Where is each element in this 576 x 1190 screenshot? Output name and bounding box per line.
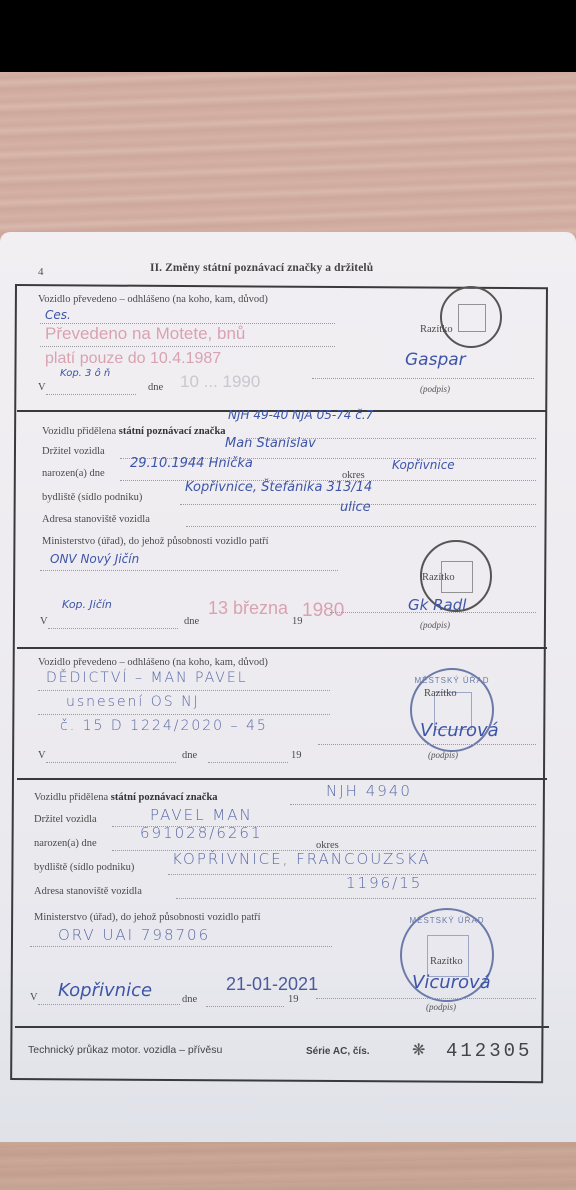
dotted-line [46,394,136,395]
handwritten-plate: NJH 4940 [326,782,412,800]
year-label: 19 [291,750,302,761]
dotted-line [48,628,178,629]
wood-surface-top [0,72,576,250]
dotted-line [208,762,288,763]
technical-card-label: Technický průkaz motor. vozidla – přívěs… [28,1044,222,1056]
year-label: 19 [288,994,299,1005]
handwritten-born: 29.10.1944 Hnička [130,456,253,471]
snowflake-icon: ❋ [412,1040,425,1060]
born-label: narozen(a) dne [34,838,97,849]
day-label: dne [148,382,163,393]
day-label: dne [182,994,197,1005]
handwritten-born: 691028/6261 [140,824,263,842]
born-label: narozen(a) dne [42,468,105,479]
handwritten-holder: PAVEL MAN [150,806,253,824]
handwritten-holder: Man Stanislav [225,436,316,451]
transfer-label: Vozidlo převedeno – odhlášeno (na koho, … [38,294,268,305]
transfer-label: Vozidlo převedeno – odhlášeno (na koho, … [38,657,268,668]
top-black-bar [0,0,576,72]
handwritten-residence: KOPŘIVNICE, FRANCOUZSKÁ [172,850,431,868]
serial-number: 412305 [446,1040,532,1062]
location-label: Adresa stanoviště vozidla [34,886,142,897]
red-stamp-text: platí pouze do 10.4.1987 [45,350,221,368]
dotted-line [40,570,338,571]
handwritten-plate: NJH 49-40 NJA 05-74 č.7 [228,408,373,422]
handwritten-place: Kop. Jičín [62,598,112,611]
in-label: V [38,382,46,393]
signature: Vicurová [420,720,499,741]
holder-label: Držitel vozidla [34,814,97,825]
signature: Gaspar [405,350,466,370]
handwritten-place: Kop. 3 ô ň [60,368,110,379]
stamp-label: Razítko [422,572,455,583]
handwritten-ministry: ONV Nový Jičín [50,552,139,566]
dotted-line [290,804,536,805]
plate-label: Vozidlu přidělena státní poznávací značk… [42,426,226,437]
section-divider [17,647,547,649]
day-label: dne [184,616,199,627]
date-stamp: 21-01-2021 [226,974,318,995]
handwritten-line: č. 15 D 1224/2020 – 45 [60,718,268,734]
holder-label: Držitel vozidla [42,446,105,457]
ministry-label: Ministerstvo (úřad), do jehož působnosti… [34,912,261,923]
dotted-line [206,1006,284,1007]
stamp-label: Razítko [424,688,457,699]
handwritten-district: Kopřivnice [392,458,455,472]
official-stamp [440,286,502,348]
in-label: V [30,992,38,1003]
in-label: V [38,750,46,761]
handwritten-line: DĚDICTVÍ – MAN PAVEL [46,670,248,686]
dotted-line [316,998,536,999]
handwritten-line: Ces. [45,308,71,322]
year-label: 19 [292,616,303,627]
dotted-line [40,346,335,347]
date-stamp: 10 ... 1990 [180,372,260,392]
dotted-line [30,946,332,947]
in-label: V [40,616,48,627]
residence-label: bydliště (sídlo podniku) [42,492,142,503]
signature-label: (podpis) [426,1002,456,1012]
handwritten-place: Kopřivnice [58,980,152,1001]
series-label: Série AC, čís. [306,1046,370,1057]
ministry-label: Ministerstvo (úřad), do jehož působnosti… [42,536,269,547]
day-label: dne [182,750,197,761]
plate-label: Vozidlu přidělena státní poznávací značk… [34,792,218,803]
dotted-line [38,690,330,691]
section-divider [17,778,547,780]
signature-label: (podpis) [420,384,450,394]
stamp-label: Razítko [420,324,453,335]
handwritten-residence: Kopřivnice, Štefánika 313/14 [185,480,372,495]
dotted-line [38,1004,180,1005]
handwritten-residence-cont: 1196/15 [346,874,422,892]
dotted-line [318,744,536,745]
dotted-line [330,612,536,613]
dotted-line [176,898,536,899]
dotted-line [46,762,176,763]
page-number: 4 [38,266,44,278]
signature: Vicurová [412,972,491,993]
section-divider [15,1026,549,1028]
signature-label: (podpis) [428,750,458,760]
red-stamp-text: Převedeno na Motete, bnů [45,324,245,344]
dotted-line [38,714,330,715]
document-title: II. Změny státní poznávací značky a drži… [150,262,373,274]
location-label: Adresa stanoviště vozidla [42,514,150,525]
handwritten-line: usnesení OS NJ [66,694,200,710]
handwritten-ministry: ORV UAI 798706 [58,926,210,944]
date-stamp: 13 března [208,598,288,619]
handwritten-residence-cont: ulice [340,500,371,515]
residence-label: bydliště (sídlo podniku) [34,862,134,873]
signature-label: (podpis) [420,620,450,630]
dotted-line [312,378,534,379]
stamp-label: Razítko [430,956,463,967]
year-stamp: 1980 [302,600,344,622]
dotted-line [186,526,536,527]
